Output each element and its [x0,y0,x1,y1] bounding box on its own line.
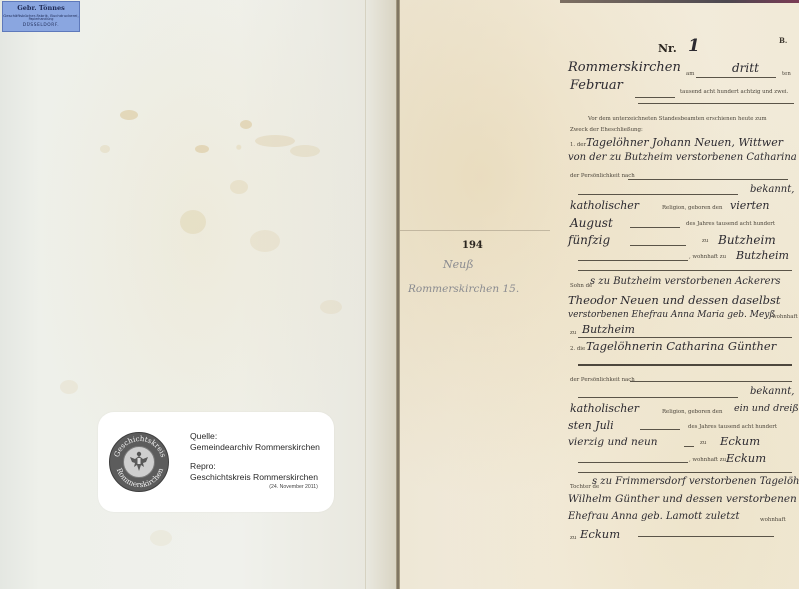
source-attribution-card: Geschichtskreis Rommerskirchen Quelle: G… [98,412,334,512]
bride-identity-print: der Persönlichkeit nach [570,377,635,383]
scanned-register-spread: Gebr. Tönnes Geschäftsbücher-Fabrik, Buc… [0,0,799,589]
groom-line-1: Tagelöhner Johann Neuen, Wittwer [586,136,783,149]
repro-label: Repro: [190,461,320,472]
bride-religion: katholischer [570,402,639,415]
bride-parents-2: Wilhelm Günther und dessen verstorbenen [568,493,797,505]
place-handwritten: Rommerskirchen [568,60,681,75]
ten-print: ten [782,71,791,77]
rule [640,429,680,430]
bride-birth-place: Eckum [720,434,760,448]
groom-identity-print: der Persönlichkeit nach [570,173,635,179]
eagle-icon [129,450,149,472]
groom-residence: Butzheim [736,249,789,262]
groom-birth-month: August [570,216,613,230]
rule [578,270,792,271]
bride-parents-zu: zu [570,535,576,541]
source-value: Gemeindearchiv Rommerskirchen [190,442,320,453]
rule [630,245,686,246]
bride-prefix: 2. die [570,346,585,352]
am-print: am [686,71,694,77]
rule [638,536,774,537]
foxing-stain [250,230,280,252]
foxing-stain [120,110,138,120]
bride-birth-month: sten Juli [568,419,614,432]
rule [578,472,792,473]
margin-rule [400,230,550,231]
foxing-stain [195,145,209,153]
bookbinder-trade-2: Papierhandlung [3,18,79,21]
right-page: 194 Neuß Rommerskirchen 15. Nr. 1 B. Rom… [400,0,799,589]
register-letter: B. [779,36,787,45]
bride-parents-residence-print: wohnhaft [760,517,786,523]
foxing-stain [60,380,78,394]
groom-line-2: von der zu Butzheim verstorbenen Cathari… [568,152,799,163]
groom-birth-place: Butzheim [718,233,776,247]
bride-year-print: des Jahres tausend acht hundert [688,424,777,430]
groom-known: bekannt, [750,184,794,195]
bride-line-1: Tagelöhnerin Catharina Günther [586,339,776,353]
bride-parents-3: Ehefrau Anna geb. Lamott zuletzt [568,511,740,522]
entry-number-label: Nr. [658,42,677,55]
page-top-edge [560,0,799,3]
margin-stamp-number: 194 [462,240,483,251]
bookbinder-city: DÜSSELDORF. [3,24,79,28]
bride-residence: Eckum [726,451,766,465]
rule [578,397,738,398]
month-handwritten: Februar [570,78,623,93]
entry-number: 1 [688,36,700,56]
page-fold-line [365,0,366,589]
rule [638,103,794,104]
margin-note-1: Neuß [443,258,474,271]
bookbinder-label: Gebr. Tönnes Geschäftsbücher-Fabrik, Buc… [2,1,80,32]
geschichtskreis-seal-icon: Geschichtskreis Rommerskirchen [109,432,169,492]
intro-print-1: Vor dem unterzeichneten Standesbeamten e… [588,116,767,122]
intro-print-2: Zweck der Eheschließung: [570,127,643,133]
groom-parents-3: verstorbenen Ehefrau Anna Maria geb. Mey… [568,310,775,320]
groom-zu-print: zu [702,238,708,244]
foxing-stain [240,120,252,129]
rule [578,462,688,463]
foxing-stain [290,145,320,157]
bride-parents-1: s zu Frimmersdorf verstorbenen Tagelöhne… [592,476,799,487]
rule [578,260,688,261]
bride-zu-print: zu [700,440,706,446]
rule [635,97,675,98]
bride-religion-print: Religion, geboren den [662,409,722,415]
groom-prefix: 1. der [570,142,586,148]
source-text: Quelle: Gemeindearchiv Rommerskirchen Re… [190,431,320,490]
bride-birth-day: ein und dreißig [734,403,799,414]
bookbinder-name: Gebr. Tönnes [3,5,79,12]
bride-birth-year: vierzig und neun [568,436,658,448]
groom-parents-place: Butzheim [582,323,635,336]
groom-residence-print: , wohnhaft zu [689,254,726,260]
rule [696,77,776,78]
bride-known: bekannt, [750,386,794,397]
bride-residence-print: , wohnhaft zu [689,457,726,463]
foxing-stain [230,180,248,194]
groom-parents-prefix: Sohn de [570,283,592,289]
groom-religion-print: Religion, geboren den [662,205,722,211]
groom-parents-zu: zu [570,330,576,336]
repro-value: Geschichtskreis Rommerskirchen [190,472,320,483]
left-page: Gebr. Tönnes Geschäftsbücher-Fabrik, Buc… [0,0,398,589]
rule [630,381,792,382]
foxing-stain [100,145,110,153]
rule [628,179,788,180]
groom-parents-residence-print: wohnhaft [772,314,798,320]
foxing-stain [255,135,295,147]
groom-year-print: des Jahres tausend acht hundert [686,221,775,227]
rule [684,446,694,447]
repro-date: (24. November 2011) [190,484,320,490]
groom-parents-2: Theodor Neuen und dessen daselbst [568,293,781,307]
day-handwritten: dritt [732,61,759,75]
rule [630,227,680,228]
foxing-stain [320,300,342,314]
bride-parents-place: Eckum [580,527,620,541]
groom-religion: katholischer [570,199,639,212]
foxing-stain [180,210,206,234]
year-print: tausend acht hundert achtzig und zwei. [680,89,788,95]
margin-note-2: Rommerskirchen 15. [408,283,519,295]
rule [578,194,738,195]
groom-birth-day: vierten [730,199,770,212]
rule [578,337,792,338]
source-label: Quelle: [190,431,320,442]
groom-parents-1: s zu Butzheim verstorbenen Ackerers [590,276,781,287]
foxing-stain [150,530,172,546]
groom-birth-year: fünfzig [568,233,610,247]
rule [578,364,792,366]
